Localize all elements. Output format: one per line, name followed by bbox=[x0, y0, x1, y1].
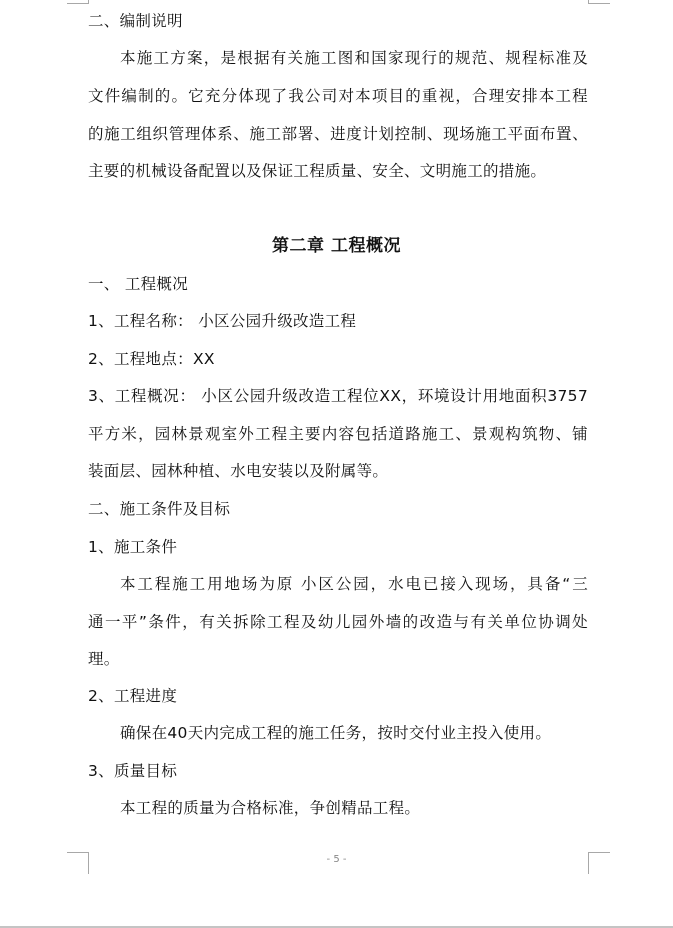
project-location-item: 2、工程地点：XX bbox=[88, 349, 588, 369]
conditions-heading: 二、施工条件及目标 bbox=[88, 499, 588, 519]
overview-heading: 一、 工程概况 bbox=[88, 274, 588, 294]
paragraph-line: 主要的机械设备配置以及保证工程质量、安全、文明施工的措施。 bbox=[88, 161, 588, 181]
paragraph-line: 文件编制的。它充分体现了我公司对本项目的重视，合理安排本工程 bbox=[88, 86, 588, 106]
chapter-title: 第二章 工程概况 bbox=[0, 235, 673, 257]
project-name-item: 1、工程名称： 小区公园升级改造工程 bbox=[88, 311, 588, 331]
paragraph-line: 的施工组织管理体系、施工部署、进度计划控制、现场施工平面布置、 bbox=[88, 124, 588, 144]
quality-text: 本工程的质量为合格标准，争创精品工程。 bbox=[120, 798, 588, 818]
section-heading-compilation: 二、编制说明 bbox=[88, 11, 588, 31]
page-corner-mark-top-left bbox=[67, 0, 89, 4]
schedule-heading: 2、工程进度 bbox=[88, 686, 588, 706]
project-summary-line: 装面层、园林种植、水电安装以及附属等。 bbox=[88, 461, 588, 481]
project-summary-line: 3、工程概况： 小区公园升级改造工程位XX，环境设计用地面积3757 bbox=[88, 386, 588, 406]
page-corner-mark-top-right bbox=[588, 0, 610, 4]
paragraph-line: 本施工方案，是根据有关施工图和国家现行的规范、规程标准及 bbox=[120, 48, 588, 68]
construction-conditions-heading: 1、施工条件 bbox=[88, 537, 588, 557]
page-number: - 5 - bbox=[0, 853, 673, 867]
schedule-text: 确保在40天内完成工程的施工任务，按时交付业主投入使用。 bbox=[120, 723, 588, 743]
project-summary-line: 平方米，园林景观室外工程主要内容包括道路施工、景观构筑物、铺 bbox=[88, 424, 588, 444]
document-page: 二、编制说明 本施工方案，是根据有关施工图和国家现行的规范、规程标准及 文件编制… bbox=[0, 0, 673, 926]
quality-heading: 3、质量目标 bbox=[88, 761, 588, 781]
conditions-paragraph-line: 本工程施工用地场为原 小区公园，水电已接入现场，具备“三 bbox=[120, 574, 588, 594]
conditions-paragraph-line: 通一平”条件，有关拆除工程及幼儿园外墙的改造与有关单位协调处 bbox=[88, 612, 588, 632]
conditions-paragraph-line: 理。 bbox=[88, 649, 588, 669]
